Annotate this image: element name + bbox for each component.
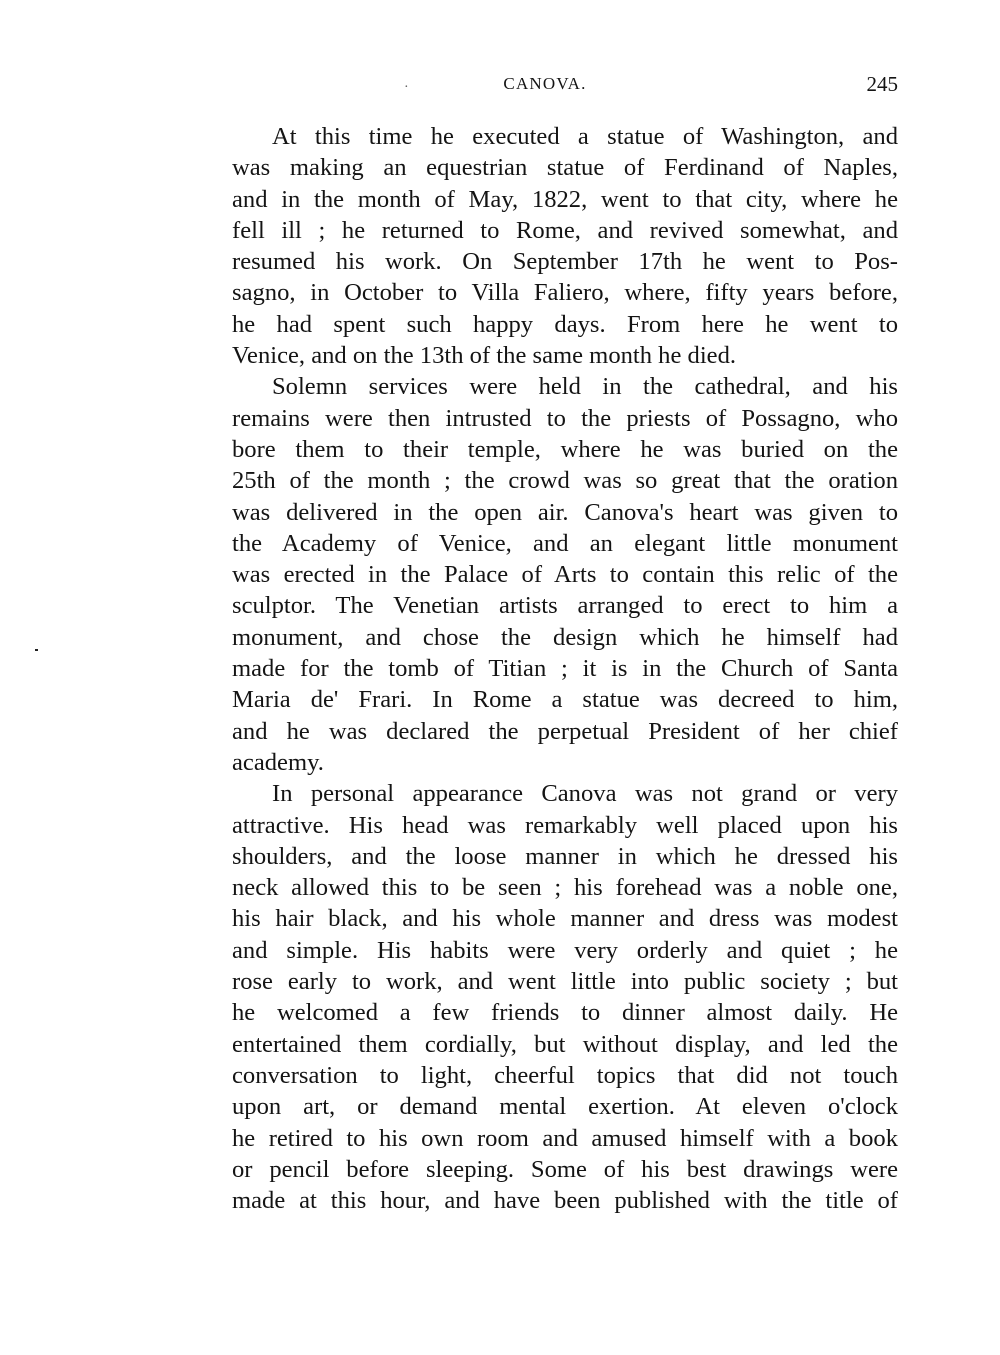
text-line: 25th of the month ; the crowd was so gre… — [192, 465, 898, 496]
text-line: he welcomed a few friends to dinner almo… — [192, 997, 898, 1028]
text-line: resumed his work. On September 17th he w… — [192, 246, 898, 277]
text-line: upon art, or demand mental exertion. At … — [192, 1091, 898, 1122]
text-line: and simple. His habits were very orderly… — [192, 935, 898, 966]
running-title: CANOVA. — [192, 74, 898, 94]
text-line: Venice, and on the 13th of the same mont… — [192, 340, 898, 371]
text-line: attractive. His head was remarkably well… — [192, 810, 898, 841]
text-line: sagno, in October to Villa Faliero, wher… — [192, 277, 898, 308]
text-line: and in the month of May, 1822, went to t… — [192, 184, 898, 215]
text-line: bore them to their temple, where he was … — [192, 434, 898, 465]
page-number: 245 — [867, 72, 899, 97]
text-line: was making an equestrian statue of Ferdi… — [192, 152, 898, 183]
text-line: he had spent such happy days. From here … — [192, 309, 898, 340]
paragraph-1: At this time he executed a statue of Was… — [192, 121, 898, 371]
text-line: In personal appearance Canova was not gr… — [192, 778, 898, 809]
book-page: · CANOVA. 245 At this time he executed a… — [0, 0, 1000, 1355]
text-line: entertained them cordially, but without … — [192, 1029, 898, 1060]
text-line: fell ill ; he returned to Rome, and revi… — [192, 215, 898, 246]
text-line: remains were then intrusted to the pries… — [192, 403, 898, 434]
text-line: sculptor. The Venetian artists arranged … — [192, 590, 898, 621]
text-line: monument, and chose the design which he … — [192, 622, 898, 653]
text-line: and he was declared the perpetual Presid… — [192, 716, 898, 747]
body-text: At this time he executed a statue of Was… — [192, 121, 898, 1216]
running-head: · CANOVA. 245 — [192, 72, 898, 102]
text-line: rose early to work, and went little into… — [192, 966, 898, 997]
text-line: At this time he executed a statue of Was… — [192, 121, 898, 152]
text-line: was erected in the Palace of Arts to con… — [192, 559, 898, 590]
text-line: or pencil before sleeping. Some of his b… — [192, 1154, 898, 1185]
text-line: Maria de' Frari. In Rome a statue was de… — [192, 684, 898, 715]
text-line: conversation to light, cheerful topics t… — [192, 1060, 898, 1091]
text-line: neck allowed this to be seen ; his foreh… — [192, 872, 898, 903]
text-line: Solemn services were held in the cathedr… — [192, 371, 898, 402]
text-line: his hair black, and his whole manner and… — [192, 903, 898, 934]
margin-stray-mark — [35, 649, 38, 651]
text-line: made at this hour, and have been publish… — [192, 1185, 898, 1216]
text-line: academy. — [192, 747, 898, 778]
text-line: made for the tomb of Titian ; it is in t… — [192, 653, 898, 684]
text-line: was delivered in the open air. Canova's … — [192, 497, 898, 528]
text-line: shoulders, and the loose manner in which… — [192, 841, 898, 872]
paragraph-2: Solemn services were held in the cathedr… — [192, 371, 898, 778]
text-line: the Academy of Venice, and an elegant li… — [192, 528, 898, 559]
paragraph-3: In personal appearance Canova was not gr… — [192, 778, 898, 1216]
text-line: he retired to his own room and amused hi… — [192, 1123, 898, 1154]
